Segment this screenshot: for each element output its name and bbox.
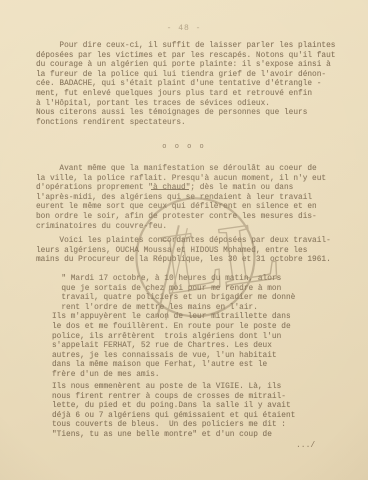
- section-separator-marks: o o o o: [0, 143, 368, 151]
- strikethrough-mark: [151, 189, 189, 190]
- paragraph-police-raids: Avant même que la manifestation se dérou…: [36, 165, 326, 232]
- page-number: - 48 -: [0, 24, 368, 33]
- testimony-quote-block-1: " Mardi 17 octobre, à 10 heures du matin…: [52, 275, 295, 381]
- testimony-quote-block-2: Ils nous emmenèrent au poste de la VIGIE…: [52, 383, 295, 441]
- paragraph-plaintiffs: Voici les plaintes concordantes déposées…: [36, 237, 331, 266]
- paragraph-complaints-intro: Pour dire ceux-ci, il suffit de laisser …: [36, 42, 335, 128]
- page-continuation-mark: .../: [296, 441, 315, 450]
